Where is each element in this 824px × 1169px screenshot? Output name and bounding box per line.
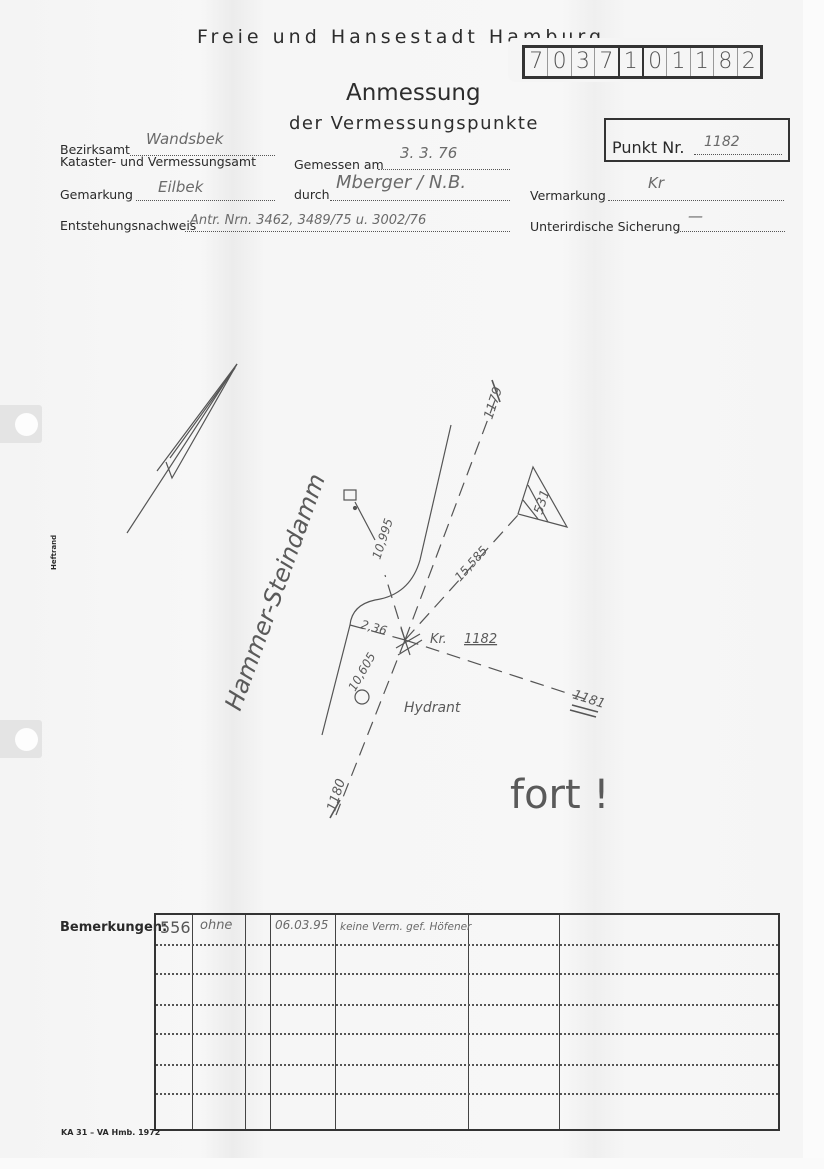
point-label-1180: 1180 <box>325 777 349 813</box>
street-name: Hammer-Steindamm <box>219 470 331 714</box>
table-cell[interactable]: keine Verm. gef. Höfener <box>340 921 471 933</box>
table-cell[interactable]: 556 <box>160 918 191 937</box>
point-label-1181: 1181 <box>571 688 607 712</box>
measurement-10605: 10,605 <box>345 650 378 693</box>
hydrant-label: Hydrant <box>404 700 461 716</box>
point-label-1179: 1179 <box>482 385 506 421</box>
note-fort: fort ! <box>510 772 609 818</box>
north-arrow-icon <box>127 364 237 533</box>
heftrand-label: Heftrand <box>50 535 58 570</box>
remarks-table: 556 ohne 06.03.95 keine Verm. gef. Höfen… <box>154 913 780 1131</box>
form-code: KA 31 – VA Hmb. 1972 <box>61 1128 160 1137</box>
measurement-10995: 10,995 <box>370 517 396 561</box>
point-label-531: 531 <box>532 488 554 516</box>
center-point: 1182 <box>464 632 497 647</box>
remarks-label: Bemerkungen: <box>60 920 167 935</box>
measurement-15585: 15,585 <box>452 543 491 584</box>
center-label: Kr. <box>430 632 447 647</box>
table-cell[interactable]: ohne <box>200 918 232 933</box>
table-cell[interactable]: 06.03.95 <box>275 918 328 932</box>
measurement-236: 2,36 <box>359 617 389 638</box>
